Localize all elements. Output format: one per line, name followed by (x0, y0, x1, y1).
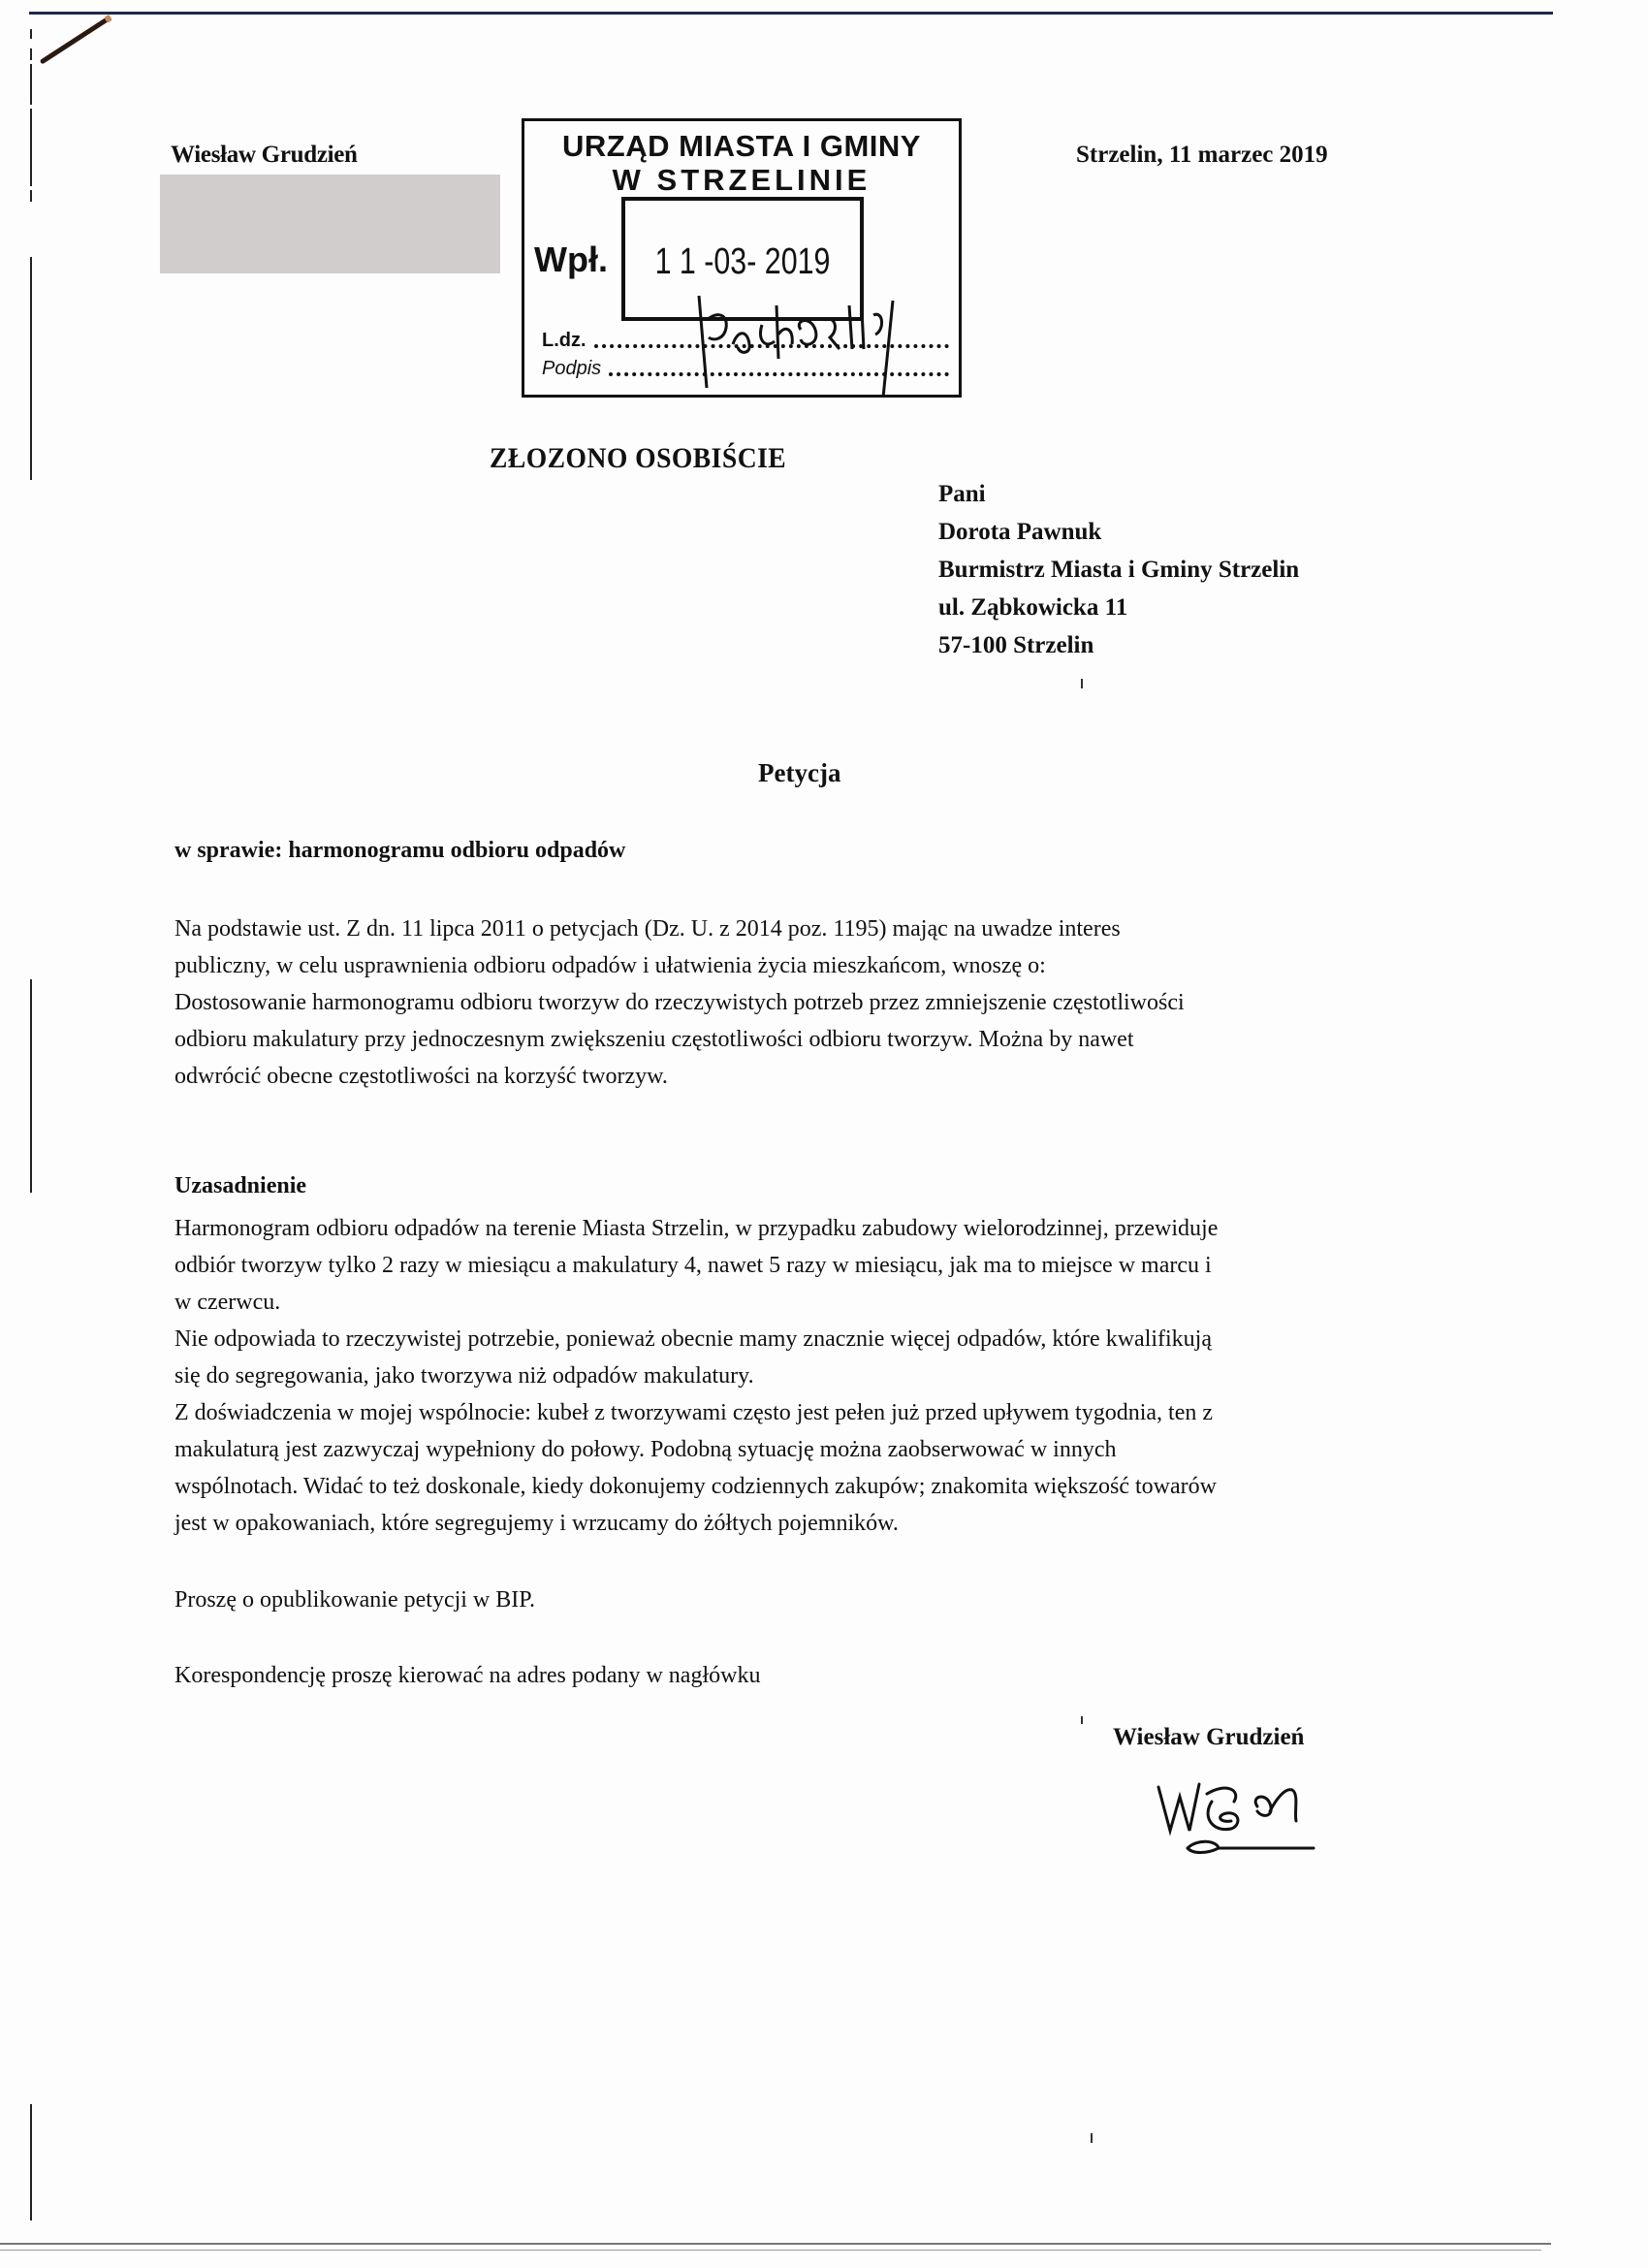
document-subject: w sprawie: harmonogramu odbioru odpadów (174, 838, 625, 864)
paragraph-line: Nie odpowiada to rzeczywistej potrzebie,… (174, 1321, 1454, 1358)
document-title: Petycja (758, 758, 840, 788)
paragraph-line: odbiór tworzyw tylko 2 razy w miesiącu a… (174, 1247, 1454, 1284)
redacted-address-box (160, 175, 500, 273)
justification-paragraph: Harmonogram odbioru odpadów na terenie M… (174, 1210, 1454, 1542)
stamp-office-line1: URZĄD MIASTA I GMINY (524, 129, 959, 163)
stamp-handwritten-signature-icon (680, 291, 932, 398)
paragraph-line: wspólnotach. Widać to też doskonale, kie… (174, 1468, 1454, 1505)
paragraph-line: publiczny, w celu usprawnienia odbioru o… (174, 947, 1454, 984)
paragraph-line: jest w opakowaniach, które segregujemy i… (174, 1505, 1454, 1542)
closing-request: Proszę o opublikowanie petycji w BIP. (174, 1581, 1454, 1618)
sender-name: Wiesław Grudzień (171, 142, 358, 169)
scan-speck (1091, 2133, 1093, 2143)
scan-left-edge-mark (30, 109, 32, 186)
recipient-line: 57-100 Strzelin (938, 626, 1299, 664)
stamp-ldz-label: L.dz. (542, 330, 586, 352)
scan-left-edge-mark (30, 48, 32, 60)
justification-heading: Uzasadnienie (174, 1173, 306, 1199)
stamp-podpis-label: Podpis (542, 358, 601, 380)
place-date: Strzelin, 11 marzec 2019 (1076, 142, 1328, 169)
paragraph-line: odwrócić obecne częstotliwości na korzyś… (174, 1058, 1454, 1095)
stamp-date: 1 1 -03- 2019 (649, 241, 837, 283)
scan-left-edge-mark (30, 29, 32, 39)
stamp-office-line2: W STRZELINIE (524, 163, 959, 197)
paragraph-line: Z doświadczenia w mojej wspólnocie: kube… (174, 1394, 1454, 1431)
scan-speck (1081, 1716, 1083, 1724)
scan-speck (1081, 679, 1083, 688)
recipient-address: Pani Dorota Pawnuk Burmistrz Miasta i Gm… (938, 475, 1299, 664)
stamp-wpl-label: Wpł. (534, 240, 608, 280)
paragraph-line: odbioru makulatury przy jednoczesnym zwi… (174, 1021, 1454, 1058)
recipient-line: ul. Ząbkowicka 11 (938, 589, 1299, 626)
scan-bottom-edge-2 (0, 2250, 1541, 2251)
registry-stamp: URZĄD MIASTA I GMINY W STRZELINIE Wpł. 1… (522, 118, 962, 398)
scan-left-edge-line (30, 979, 32, 1193)
scan-top-edge (29, 12, 1553, 15)
paragraph-line: Dostosowanie harmonogramu odbioru tworzy… (174, 984, 1454, 1021)
correspondence-note: Korespondencję proszę kierować na adres … (174, 1657, 1454, 1694)
recipient-line: Dorota Pawnuk (938, 513, 1299, 551)
scan-left-edge-mark (30, 64, 32, 105)
recipient-line: Pani (938, 475, 1299, 513)
paragraph-line: się do segregowania, jako tworzywa niż o… (174, 1358, 1454, 1394)
scan-left-edge-line (30, 257, 32, 480)
recipient-line: Burmistrz Miasta i Gminy Strzelin (938, 551, 1299, 589)
pen-mark (40, 17, 109, 65)
request-paragraph: Na podstawie ust. Z dn. 11 lipca 2011 o … (174, 910, 1454, 1095)
handwritten-signature-icon (1149, 1773, 1343, 1860)
scan-left-edge-mark (30, 190, 32, 202)
delivery-note: ZŁOZONO OSOBIŚCIE (490, 442, 786, 475)
scan-bottom-edge (0, 2243, 1551, 2245)
paragraph-line: Na podstawie ust. Z dn. 11 lipca 2011 o … (174, 910, 1454, 947)
paragraph-line: makulaturą jest zazwyczaj wypełniony do … (174, 1431, 1454, 1468)
signature-name: Wiesław Grudzień (1113, 1724, 1304, 1751)
paragraph-line: Harmonogram odbioru odpadów na terenie M… (174, 1210, 1454, 1247)
paragraph-line: w czerwcu. (174, 1284, 1454, 1321)
scan-left-edge-line (30, 2104, 32, 2220)
